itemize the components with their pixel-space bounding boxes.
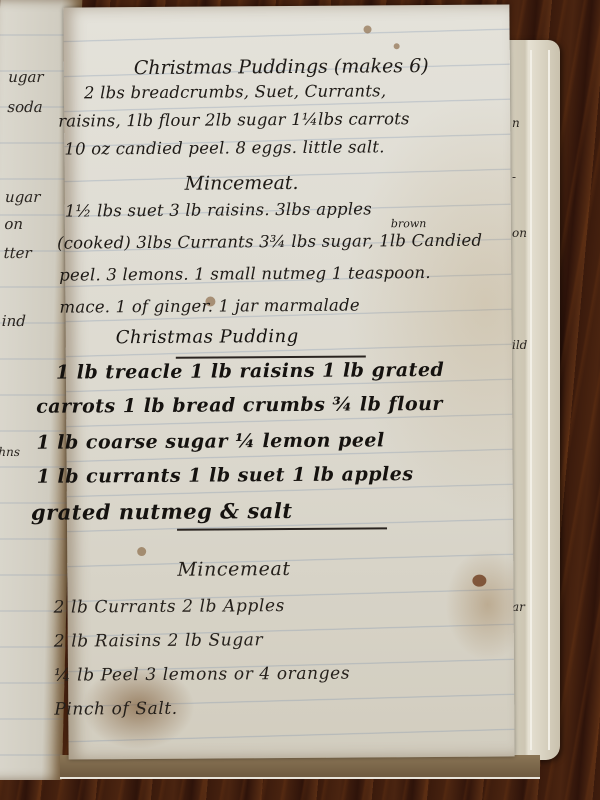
edge-fragment: n — [512, 116, 520, 130]
recipe-page: Christmas Puddings (makes 6) 2 lbs bread… — [63, 4, 514, 759]
left-fragment: ind — [2, 312, 27, 330]
section-divider — [177, 527, 387, 530]
recipe-line: ¼ lb Peel 3 lemons or 4 oranges — [54, 664, 350, 686]
edge-fragment: ild — [512, 338, 527, 352]
recipe-title: Christmas Pudding — [116, 326, 299, 348]
left-fragment: on — [4, 215, 23, 233]
recipe-line: grated nutmeg & salt — [31, 498, 293, 525]
recipe-line: mace. 1 of ginger. 1 jar marmalade — [59, 296, 359, 317]
recipe-line: 2 lbs breadcrumbs, Suet, Currants, — [84, 81, 386, 102]
left-fragment: hns — [0, 445, 20, 459]
recipe-line: carrots 1 lb bread crumbs ¾ lb flour — [36, 393, 443, 418]
recipe-line: 2 lb Currants 2 lb Apples — [53, 596, 285, 618]
recipe-title: Christmas Puddings (makes 6) — [134, 55, 429, 79]
recipe-title: Mincemeat. — [185, 172, 299, 195]
recipe-title: Mincemeat — [177, 558, 290, 581]
recipe-line: 1½ lbs suet 3 lb raisins. 3lbs apples — [65, 199, 372, 220]
edge-fragment: on — [512, 226, 527, 240]
recipe-line: 10 oz candied peel. 8 eggs. little salt. — [64, 137, 384, 158]
recipe-line: peel. 3 lemons. 1 small nutmeg 1 teaspoo… — [59, 263, 431, 285]
recipe-line: (cooked) 3lbs Currants 3¾ lbs sugar, 1lb… — [57, 231, 482, 253]
edge-fragment: - — [512, 170, 516, 184]
recipe-line: 1 lb coarse sugar ¼ lemon peel — [36, 429, 384, 453]
edge-fragment: ar — [512, 600, 525, 614]
left-fragment: ugar — [5, 188, 41, 206]
recipe-line: raisins, 1lb flour 2lb sugar 1¼lbs carro… — [58, 109, 410, 130]
left-fragment: soda — [7, 98, 43, 116]
left-fragment: tter — [3, 244, 32, 262]
recipe-line: 1 lb treacle 1 lb raisins 1 lb grated — [56, 359, 445, 384]
title-underline — [176, 355, 366, 358]
left-fragment: ugar — [8, 68, 44, 86]
recipe-line: 1 lb currants 1 lb suet 1 lb apples — [37, 463, 414, 488]
recipe-line: 2 lb Raisins 2 lb Sugar — [54, 630, 264, 651]
recipe-annotation: brown — [391, 217, 427, 230]
recipe-line: Pinch of Salt. — [54, 699, 178, 720]
